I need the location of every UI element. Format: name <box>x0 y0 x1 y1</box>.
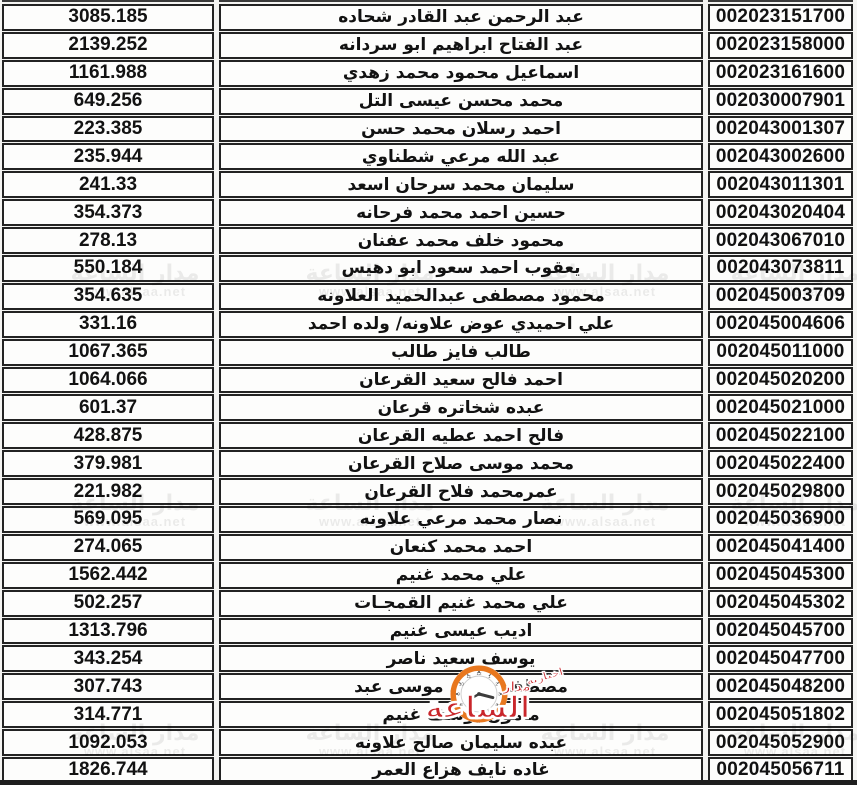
national-id-value: 002045022400 <box>716 453 845 475</box>
national-id-value: 002043073811 <box>716 257 844 279</box>
name-cell: محمود خلف محمد عفنان <box>219 227 703 254</box>
amount-value: 274.065 <box>74 536 143 558</box>
amount-value: 221.982 <box>74 481 143 503</box>
amount-value: 343.254 <box>74 648 143 670</box>
national-id-cell: 002045036900 <box>708 506 853 533</box>
amount-value: 1064.066 <box>68 369 147 391</box>
amount-value: 502.257 <box>74 592 143 614</box>
amount-cell: 278.13 <box>2 227 214 254</box>
name-cell: نصار محمد مرعي علاونه <box>219 506 703 533</box>
person-name: عمرمحمد فلاح القرعان <box>364 482 557 502</box>
name-cell: فالح احمد عطيه القرعان <box>219 422 703 449</box>
cutoff-row-border-amount <box>2 0 214 2</box>
beneficiaries-table: 3085.185 عبد الرحمن عبد القادر شحاده 002… <box>0 0 857 785</box>
name-cell: احمد رسلان محمد حسن <box>219 116 703 143</box>
table-row: 307.743 مصطفى احمد موسى عبد 002045048200 <box>0 673 857 701</box>
national-id-cell: 002045047700 <box>708 645 853 672</box>
person-name: احمد محمد كنعان <box>390 537 532 557</box>
amount-value: 235.944 <box>74 146 143 168</box>
table-row: 1064.066 احمد فالح سعيد القرعان 00204502… <box>0 367 857 395</box>
name-cell: يوسف سعيد ناصر <box>219 645 703 672</box>
person-name: يوسف سعيد ناصر <box>387 649 536 669</box>
person-name: عبد الفتاح ابراهيم ابو سردانه <box>339 35 583 55</box>
amount-cell: 221.982 <box>2 478 214 505</box>
table-row: 502.257 علي محمد غنيم القمجـات 002045045… <box>0 590 857 618</box>
table-row: 1562.442 علي محمد غنيم 002045045300 <box>0 562 857 590</box>
amount-value: 3085.185 <box>68 6 147 28</box>
person-name: مصطفى احمد موسى عبد <box>354 677 568 697</box>
amount-value: 1067.365 <box>68 341 147 363</box>
national-id-cell: 002043011301 <box>708 171 853 198</box>
name-cell: علي محمد غنيم <box>219 562 703 589</box>
person-name: حسين احمد محمد فرحانه <box>356 203 566 223</box>
name-cell: احمد محمد كنعان <box>219 534 703 561</box>
amount-cell: 2139.252 <box>2 32 214 59</box>
table-row: 1067.365 طالب فايز طالب 002045011000 <box>0 339 857 367</box>
table-row: 331.16 علي احميدي عوض علاونه/ ولده احمد … <box>0 311 857 339</box>
amount-cell: 235.944 <box>2 143 214 170</box>
national-id-value: 002045021000 <box>716 397 845 419</box>
amount-cell: 1092.053 <box>2 729 214 756</box>
national-id-value: 002045022100 <box>716 425 845 447</box>
national-id-cell: 002045045302 <box>708 590 853 617</box>
national-id-cell: 002043002600 <box>708 143 853 170</box>
national-id-cell: 002045048200 <box>708 673 853 700</box>
amount-value: 550.184 <box>74 257 143 279</box>
national-id-value: 002045036900 <box>716 508 845 530</box>
national-id-value: 002045011000 <box>716 341 844 363</box>
amount-cell: 314.771 <box>2 701 214 728</box>
national-id-value: 002043011301 <box>716 174 844 196</box>
name-cell: عبده سليمان صالح علاونه <box>219 729 703 756</box>
table-bottom-border <box>0 780 857 785</box>
table-row: 3085.185 عبد الرحمن عبد القادر شحاده 002… <box>0 4 857 32</box>
person-name: نصار محمد مرعي علاونه <box>360 509 563 529</box>
table-body: 3085.185 عبد الرحمن عبد القادر شحاده 002… <box>0 4 857 785</box>
national-id-value: 002045029800 <box>716 481 845 503</box>
national-id-value: 002043067010 <box>716 230 845 252</box>
amount-value: 2139.252 <box>68 34 147 56</box>
amount-value: 278.13 <box>79 230 137 252</box>
national-id-value: 002045003709 <box>716 285 845 307</box>
national-id-cell: 002045004606 <box>708 311 853 338</box>
amount-value: 1826.744 <box>68 759 147 781</box>
national-id-cell: 002045022100 <box>708 422 853 449</box>
table-row: 379.981 محمد موسى صلاح القرعان 002045022… <box>0 450 857 478</box>
national-id-value: 002045004606 <box>716 313 845 335</box>
person-name: احمد فالح سعيد القرعان <box>359 370 563 390</box>
table-row: 2139.252 عبد الفتاح ابراهيم ابو سردانه 0… <box>0 32 857 60</box>
national-id-value: 002045051802 <box>716 704 845 726</box>
amount-cell: 223.385 <box>2 116 214 143</box>
person-name: محمد موسى صلاح القرعان <box>348 454 574 474</box>
table-row: 601.37 عبده شخاتره قرعان 002045021000 <box>0 394 857 422</box>
amount-cell: 331.16 <box>2 311 214 338</box>
amount-value: 569.095 <box>74 508 143 530</box>
amount-cell: 1064.066 <box>2 367 214 394</box>
person-name: طالب فايز طالب <box>391 342 531 362</box>
amount-cell: 550.184 <box>2 255 214 282</box>
amount-value: 601.37 <box>79 397 137 419</box>
name-cell: محمد موسى صلاح القرعان <box>219 450 703 477</box>
national-id-value: 002045045302 <box>716 592 845 614</box>
amount-cell: 354.635 <box>2 283 214 310</box>
amount-cell: 569.095 <box>2 506 214 533</box>
name-cell: عمرمحمد فلاح القرعان <box>219 478 703 505</box>
amount-cell: 428.875 <box>2 422 214 449</box>
national-id-value: 002023161600 <box>716 62 845 84</box>
table-row: 278.13 محمود خلف محمد عفنان 002043067010 <box>0 227 857 255</box>
amount-value: 1313.796 <box>68 620 147 642</box>
national-id-cell: 002023151700 <box>708 4 853 31</box>
amount-cell: 1313.796 <box>2 618 214 645</box>
national-id-value: 002043001307 <box>716 118 845 140</box>
national-id-cell: 002030007901 <box>708 88 853 115</box>
national-id-value: 002045045700 <box>716 620 845 642</box>
person-name: محمود خلف محمد عفنان <box>358 231 564 251</box>
national-id-cell: 002045021000 <box>708 394 853 421</box>
national-id-value: 002043002600 <box>716 146 845 168</box>
amount-cell: 3085.185 <box>2 4 214 31</box>
cutoff-row-border-name <box>219 0 703 2</box>
person-name: غاده نايف هزاع العمر <box>372 760 550 780</box>
name-cell: عبد الفتاح ابراهيم ابو سردانه <box>219 32 703 59</box>
national-id-cell: 002023158000 <box>708 32 853 59</box>
national-id-value: 002043020404 <box>716 202 845 224</box>
person-name: عبد الله مرعي شطناوي <box>362 147 560 167</box>
amount-value: 379.981 <box>74 453 143 475</box>
table-row: 223.385 احمد رسلان محمد حسن 002043001307 <box>0 116 857 144</box>
amount-cell: 379.981 <box>2 450 214 477</box>
person-name: احمد رسلان محمد حسن <box>361 119 561 139</box>
national-id-cell: 002045011000 <box>708 339 853 366</box>
name-cell: اديب عيسى غنيم <box>219 618 703 645</box>
national-id-cell: 002023161600 <box>708 60 853 87</box>
table-row: 241.33 سليمان محمد سرحان اسعد 0020430113… <box>0 171 857 199</box>
person-name: علي احميدي عوض علاونه/ ولده احمد <box>308 314 614 334</box>
national-id-cell: 002045045700 <box>708 618 853 645</box>
national-id-cell: 002043073811 <box>708 255 853 282</box>
name-cell: مصطفى احمد موسى عبد <box>219 673 703 700</box>
name-cell: سليمان محمد سرحان اسعد <box>219 171 703 198</box>
table-row: 1161.988 اسماعيل محمود محمد زهدي 0020231… <box>0 60 857 88</box>
person-name: اديب عيسى غنيم <box>390 621 533 641</box>
name-cell: عبد الرحمن عبد القادر شحاده <box>219 4 703 31</box>
national-id-cell: 002045029800 <box>708 478 853 505</box>
national-id-cell: 002045041400 <box>708 534 853 561</box>
person-name: مامون يوسف غنيم <box>382 705 539 725</box>
cutoff-row-border-id <box>708 0 853 2</box>
national-id-cell: 002043067010 <box>708 227 853 254</box>
amount-value: 354.635 <box>74 285 143 307</box>
amount-cell: 343.254 <box>2 645 214 672</box>
name-cell: محمود مصطفى عبدالحميد العلاونه <box>219 283 703 310</box>
amount-value: 649.256 <box>74 90 143 112</box>
person-name: يعقوب احمد سعود ابو دهيس <box>342 258 581 278</box>
name-cell: مامون يوسف غنيم <box>219 701 703 728</box>
table-row: 1092.053 عبده سليمان صالح علاونه 0020450… <box>0 729 857 757</box>
person-name: عبده شخاتره قرعان <box>378 398 545 418</box>
table-row: 221.982 عمرمحمد فلاح القرعان 00204502980… <box>0 478 857 506</box>
person-name: اسماعيل محمود محمد زهدي <box>343 63 579 83</box>
national-id-value: 002045047700 <box>716 648 845 670</box>
amount-cell: 1562.442 <box>2 562 214 589</box>
national-id-cell: 002043001307 <box>708 116 853 143</box>
amount-value: 241.33 <box>79 174 137 196</box>
table-row: 274.065 احمد محمد كنعان 002045041400 <box>0 534 857 562</box>
national-id-value: 002045020200 <box>716 369 845 391</box>
national-id-cell: 002045051802 <box>708 701 853 728</box>
amount-value: 223.385 <box>74 118 143 140</box>
table-row: 550.184 يعقوب احمد سعود ابو دهيس 0020430… <box>0 255 857 283</box>
national-id-value: 002045041400 <box>716 536 845 558</box>
table-row: 235.944 عبد الله مرعي شطناوي 00204300260… <box>0 143 857 171</box>
person-name: محمد محسن عيسى التل <box>359 91 564 111</box>
amount-value: 314.771 <box>74 704 143 726</box>
amount-value: 1161.988 <box>69 62 147 84</box>
amount-value: 307.743 <box>74 676 143 698</box>
table-row: 569.095 نصار محمد مرعي علاونه 0020450369… <box>0 506 857 534</box>
name-cell: طالب فايز طالب <box>219 339 703 366</box>
table-row: 428.875 فالح احمد عطيه القرعان 002045022… <box>0 422 857 450</box>
amount-cell: 354.373 <box>2 199 214 226</box>
national-id-value: 002023158000 <box>716 34 845 56</box>
national-id-value: 002030007901 <box>716 90 845 112</box>
national-id-cell: 002045022400 <box>708 450 853 477</box>
national-id-value: 002023151700 <box>716 6 845 28</box>
name-cell: حسين احمد محمد فرحانه <box>219 199 703 226</box>
name-cell: علي احميدي عوض علاونه/ ولده احمد <box>219 311 703 338</box>
person-name: عبد الرحمن عبد القادر شحاده <box>338 7 584 27</box>
name-cell: عبده شخاتره قرعان <box>219 394 703 421</box>
person-name: علي محمد غنيم <box>396 565 526 585</box>
amount-cell: 274.065 <box>2 534 214 561</box>
table-row: 649.256 محمد محسن عيسى التل 002030007901 <box>0 88 857 116</box>
name-cell: علي محمد غنيم القمجـات <box>219 590 703 617</box>
person-name: عبده سليمان صالح علاونه <box>355 733 567 753</box>
national-id-value: 002045048200 <box>716 676 845 698</box>
national-id-cell: 002045020200 <box>708 367 853 394</box>
national-id-value: 002045045300 <box>716 564 845 586</box>
table-row: 354.373 حسين احمد محمد فرحانه 0020430204… <box>0 199 857 227</box>
table-row: 1313.796 اديب عيسى غنيم 002045045700 <box>0 618 857 646</box>
person-name: علي محمد غنيم القمجـات <box>354 593 568 613</box>
table-row: 343.254 يوسف سعيد ناصر 002045047700 <box>0 645 857 673</box>
amount-cell: 307.743 <box>2 673 214 700</box>
person-name: فالح احمد عطيه القرعان <box>358 426 564 446</box>
national-id-value: 002045052900 <box>716 732 845 754</box>
national-id-cell: 002045045300 <box>708 562 853 589</box>
name-cell: احمد فالح سعيد القرعان <box>219 367 703 394</box>
person-name: محمود مصطفى عبدالحميد العلاونه <box>317 286 605 306</box>
table-row: 314.771 مامون يوسف غنيم 002045051802 <box>0 701 857 729</box>
name-cell: عبد الله مرعي شطناوي <box>219 143 703 170</box>
amount-value: 331.16 <box>79 313 137 335</box>
national-id-value: 002045056711 <box>716 759 844 781</box>
name-cell: يعقوب احمد سعود ابو دهيس <box>219 255 703 282</box>
amount-value: 1562.442 <box>68 564 147 586</box>
amount-cell: 649.256 <box>2 88 214 115</box>
national-id-cell: 002045052900 <box>708 729 853 756</box>
amount-cell: 1161.988 <box>2 60 214 87</box>
amount-value: 1092.053 <box>68 732 147 754</box>
amount-cell: 601.37 <box>2 394 214 421</box>
amount-cell: 502.257 <box>2 590 214 617</box>
person-name: سليمان محمد سرحان اسعد <box>347 175 574 195</box>
name-cell: محمد محسن عيسى التل <box>219 88 703 115</box>
name-cell: اسماعيل محمود محمد زهدي <box>219 60 703 87</box>
amount-value: 354.373 <box>74 202 143 224</box>
table-row: 354.635 محمود مصطفى عبدالحميد العلاونه 0… <box>0 283 857 311</box>
national-id-cell: 002043020404 <box>708 199 853 226</box>
national-id-cell: 002045003709 <box>708 283 853 310</box>
amount-value: 428.875 <box>74 425 143 447</box>
amount-cell: 241.33 <box>2 171 214 198</box>
amount-cell: 1067.365 <box>2 339 214 366</box>
